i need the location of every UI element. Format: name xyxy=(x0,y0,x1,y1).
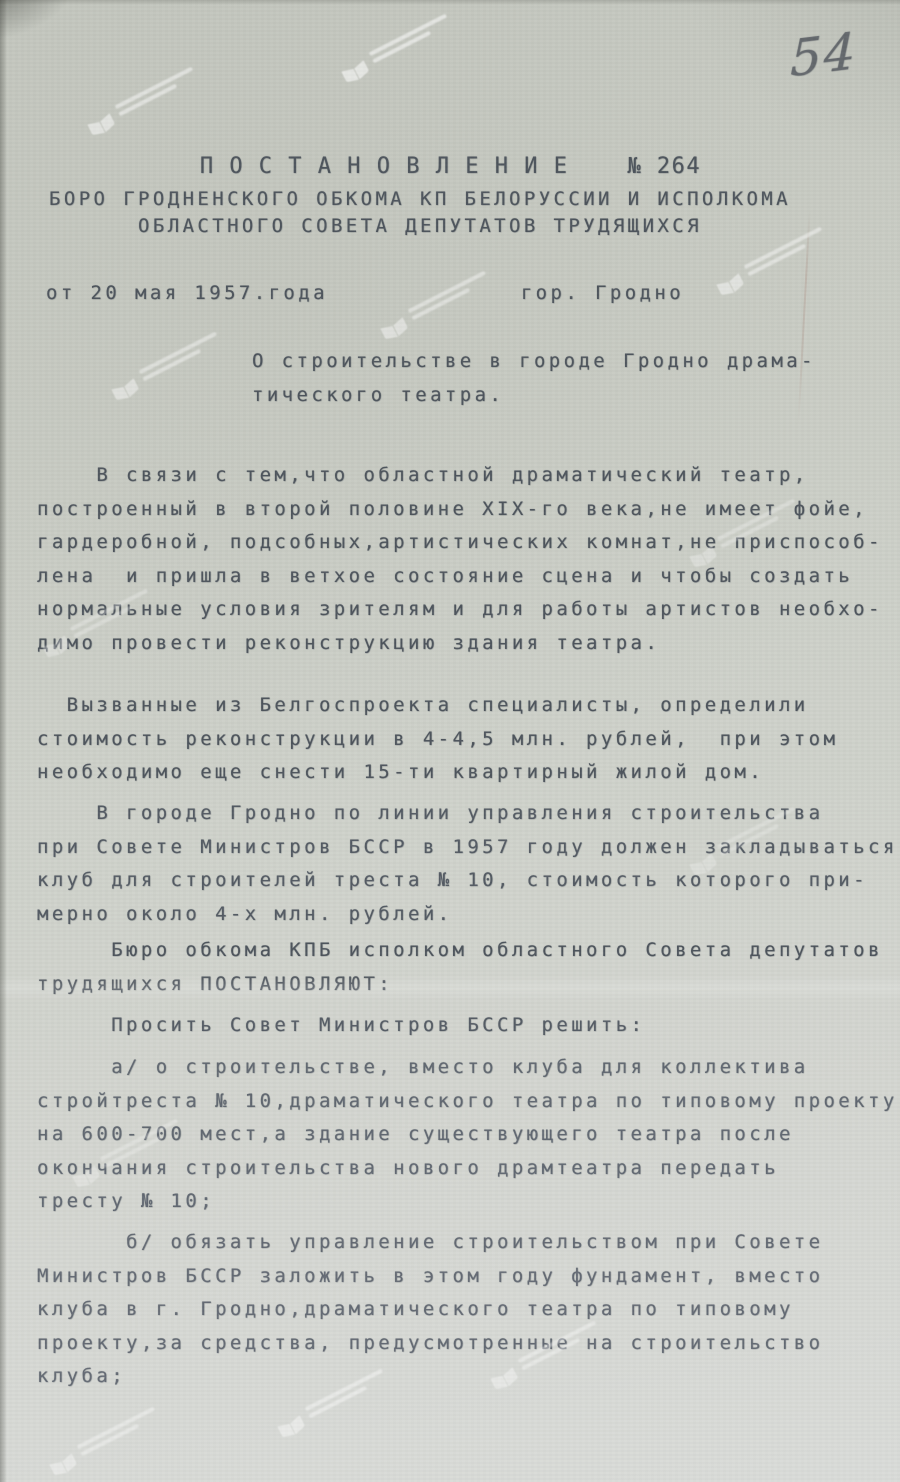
issuing-body: БОРО ГРОДНЕНСКОГО ОБКОМА КП БЕЛОРУССИИ И… xyxy=(0,186,840,240)
text-line: а/ о строительстве, вместо клуба для кол… xyxy=(37,1051,898,1085)
document-page: 54 П О С Т А Н О В Л Е Н И Е № 264 БОРО … xyxy=(0,0,900,1482)
paragraph-club-construction: В городе Гродно по линии управления стро… xyxy=(37,797,898,931)
handwritten-page-number: 54 xyxy=(790,22,858,89)
watermark-text-lines xyxy=(76,1406,158,1456)
text-line: нормальные условия зрителям и для работы… xyxy=(37,593,883,627)
text-line: мерно около 4-х млн. рублей. xyxy=(37,898,898,932)
open-book-icon xyxy=(110,376,141,403)
text-line: клуб для строителей треста № 10, стоимос… xyxy=(37,864,898,898)
paragraph-item-a: а/ о строительстве, вместо клуба для кол… xyxy=(37,1051,898,1219)
archive-watermark xyxy=(103,316,234,403)
text-line: Просить Совет Министров БССР решить: xyxy=(37,1009,645,1043)
text-line: димо провести реконструкцию здания театр… xyxy=(37,627,883,661)
paragraph-item-b: б/ обязать управление строительством при… xyxy=(37,1226,823,1394)
open-book-icon xyxy=(276,1413,307,1440)
text-line: В связи с тем,что областной драматически… xyxy=(37,459,883,493)
archive-watermark xyxy=(79,51,210,138)
text-line: Вызванные из Белгоспроекта специалисты, … xyxy=(37,689,838,723)
paragraph-specialists: Вызванные из Белгоспроекта специалисты, … xyxy=(37,689,838,790)
text-line: клуба в г. Гродно,драматического театра … xyxy=(37,1293,823,1327)
text-line: гардеробной, подсобных,артистических ком… xyxy=(37,526,883,560)
archive-watermark xyxy=(333,0,464,85)
text-line: построенный в второй половине ХIХ-го век… xyxy=(37,493,883,527)
text-line: клуба; xyxy=(37,1360,823,1394)
watermark-text-lines xyxy=(138,331,220,381)
text-line: необходимо еще снести 15-ти квартирный ж… xyxy=(37,756,838,790)
paragraph-resolution-header: Бюро обкома КПБ исполком областного Сове… xyxy=(37,934,883,1001)
text-line: ОБЛАСТНОГО СОВЕТА ДЕПУТАТОВ ТРУДЯЩИХСЯ xyxy=(0,213,840,240)
text-line: тического театра. xyxy=(252,379,816,413)
document-title: П О С Т А Н О В Л Е Н И Е № 264 xyxy=(4,152,897,182)
open-book-icon xyxy=(48,1451,79,1478)
text-line: тресту № 10; xyxy=(37,1185,898,1219)
watermark-text-lines xyxy=(114,66,196,116)
text-line: Бюро обкома КПБ исполком областного Сове… xyxy=(37,934,883,968)
archive-watermark xyxy=(41,1391,172,1478)
paragraph-intro: В связи с тем,что областной драматически… xyxy=(37,459,883,660)
open-book-icon xyxy=(379,315,410,342)
text-line: Министров БССР заложить в этом году фунд… xyxy=(37,1260,823,1294)
text-line: лена и пришла в ветхое состояние сцена и… xyxy=(37,560,883,594)
text-line: проекту,за средства, предусмотренные на … xyxy=(37,1327,823,1361)
date-and-place-line: от 20 мая 1957.года гор. Гродно xyxy=(46,277,684,311)
text-line: б/ обязать управление строительством при… xyxy=(37,1226,823,1260)
text-line: при Совете Министров БССР в 1957 году до… xyxy=(37,831,898,865)
text-line: трудящихся ПОСТАНОВЛЯЮТ: xyxy=(37,968,883,1002)
paragraph-request: Просить Совет Министров БССР решить: xyxy=(37,1009,645,1043)
text-line: стройтреста № 10,драматического театра п… xyxy=(37,1085,898,1119)
text-line: на 600-700 мест,а здание существующего т… xyxy=(37,1118,898,1152)
text-line: О строительстве в городе Гродно драма- xyxy=(252,345,816,379)
watermark-text-lines xyxy=(368,13,450,63)
open-book-icon xyxy=(340,58,371,85)
subject: О строительстве в городе Гродно драма-ти… xyxy=(252,345,816,412)
open-book-icon xyxy=(715,271,746,298)
text-line: окончания строительства нового драмтеатр… xyxy=(37,1152,898,1186)
text-line: стоимость реконструкции в 4-4,5 млн. руб… xyxy=(37,723,838,757)
text-line: БОРО ГРОДНЕНСКОГО ОБКОМА КП БЕЛОРУССИИ И… xyxy=(0,186,840,213)
open-book-icon xyxy=(86,111,117,138)
text-line: В городе Гродно по линии управления стро… xyxy=(37,797,898,831)
